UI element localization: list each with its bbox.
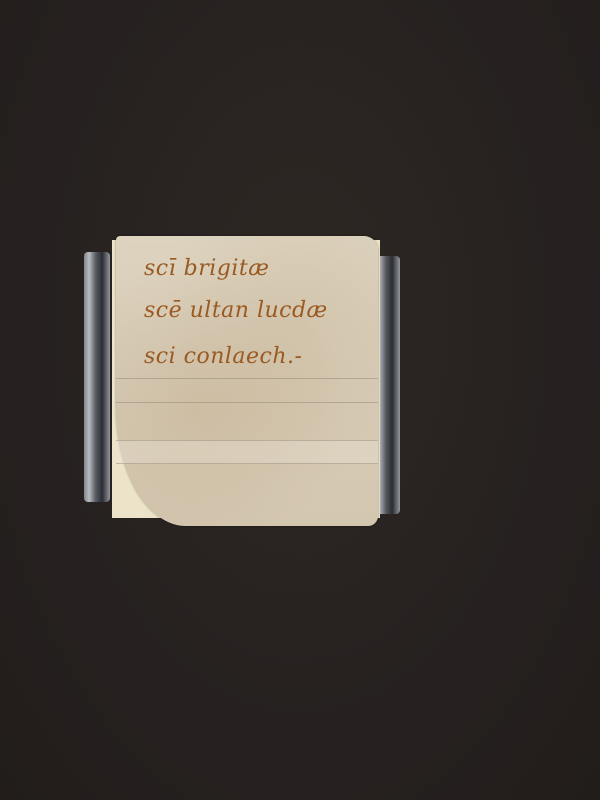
ruling-line bbox=[116, 402, 378, 403]
parchment-fragment: scī brigitæ scē ultan lucdæ sci conlaech… bbox=[116, 236, 378, 526]
ruling-line bbox=[116, 378, 378, 379]
manuscript-line-2: scē ultan lucdæ bbox=[144, 298, 328, 323]
manuscript-line-1: scī brigitæ bbox=[144, 256, 269, 281]
manuscript-line-3: sci conlaech.- bbox=[144, 344, 302, 369]
fold-band bbox=[116, 440, 378, 464]
left-acrylic-clip bbox=[84, 252, 110, 502]
